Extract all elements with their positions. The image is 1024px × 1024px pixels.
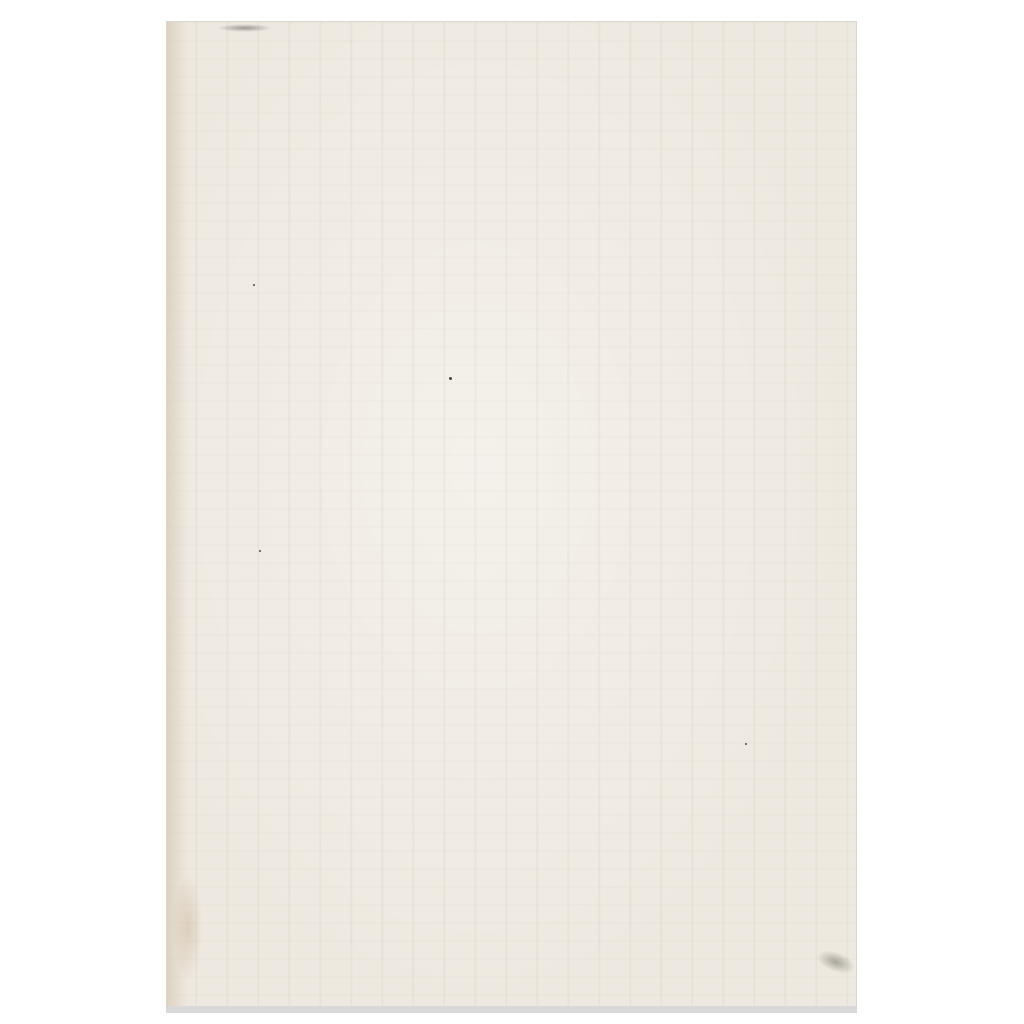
dust-speck bbox=[259, 550, 261, 552]
page-bottom-edge bbox=[167, 1006, 856, 1012]
scanned-blank-page bbox=[167, 22, 856, 1012]
paper-stain bbox=[173, 872, 203, 982]
page-left-edge bbox=[167, 22, 189, 1012]
dust-speck bbox=[253, 284, 255, 286]
dust-speck bbox=[745, 743, 747, 745]
ink-smudge-bottom-right bbox=[814, 946, 858, 978]
scan-canvas bbox=[0, 0, 1024, 1024]
dust-speck bbox=[449, 377, 452, 380]
ink-smudge-top bbox=[217, 24, 272, 32]
